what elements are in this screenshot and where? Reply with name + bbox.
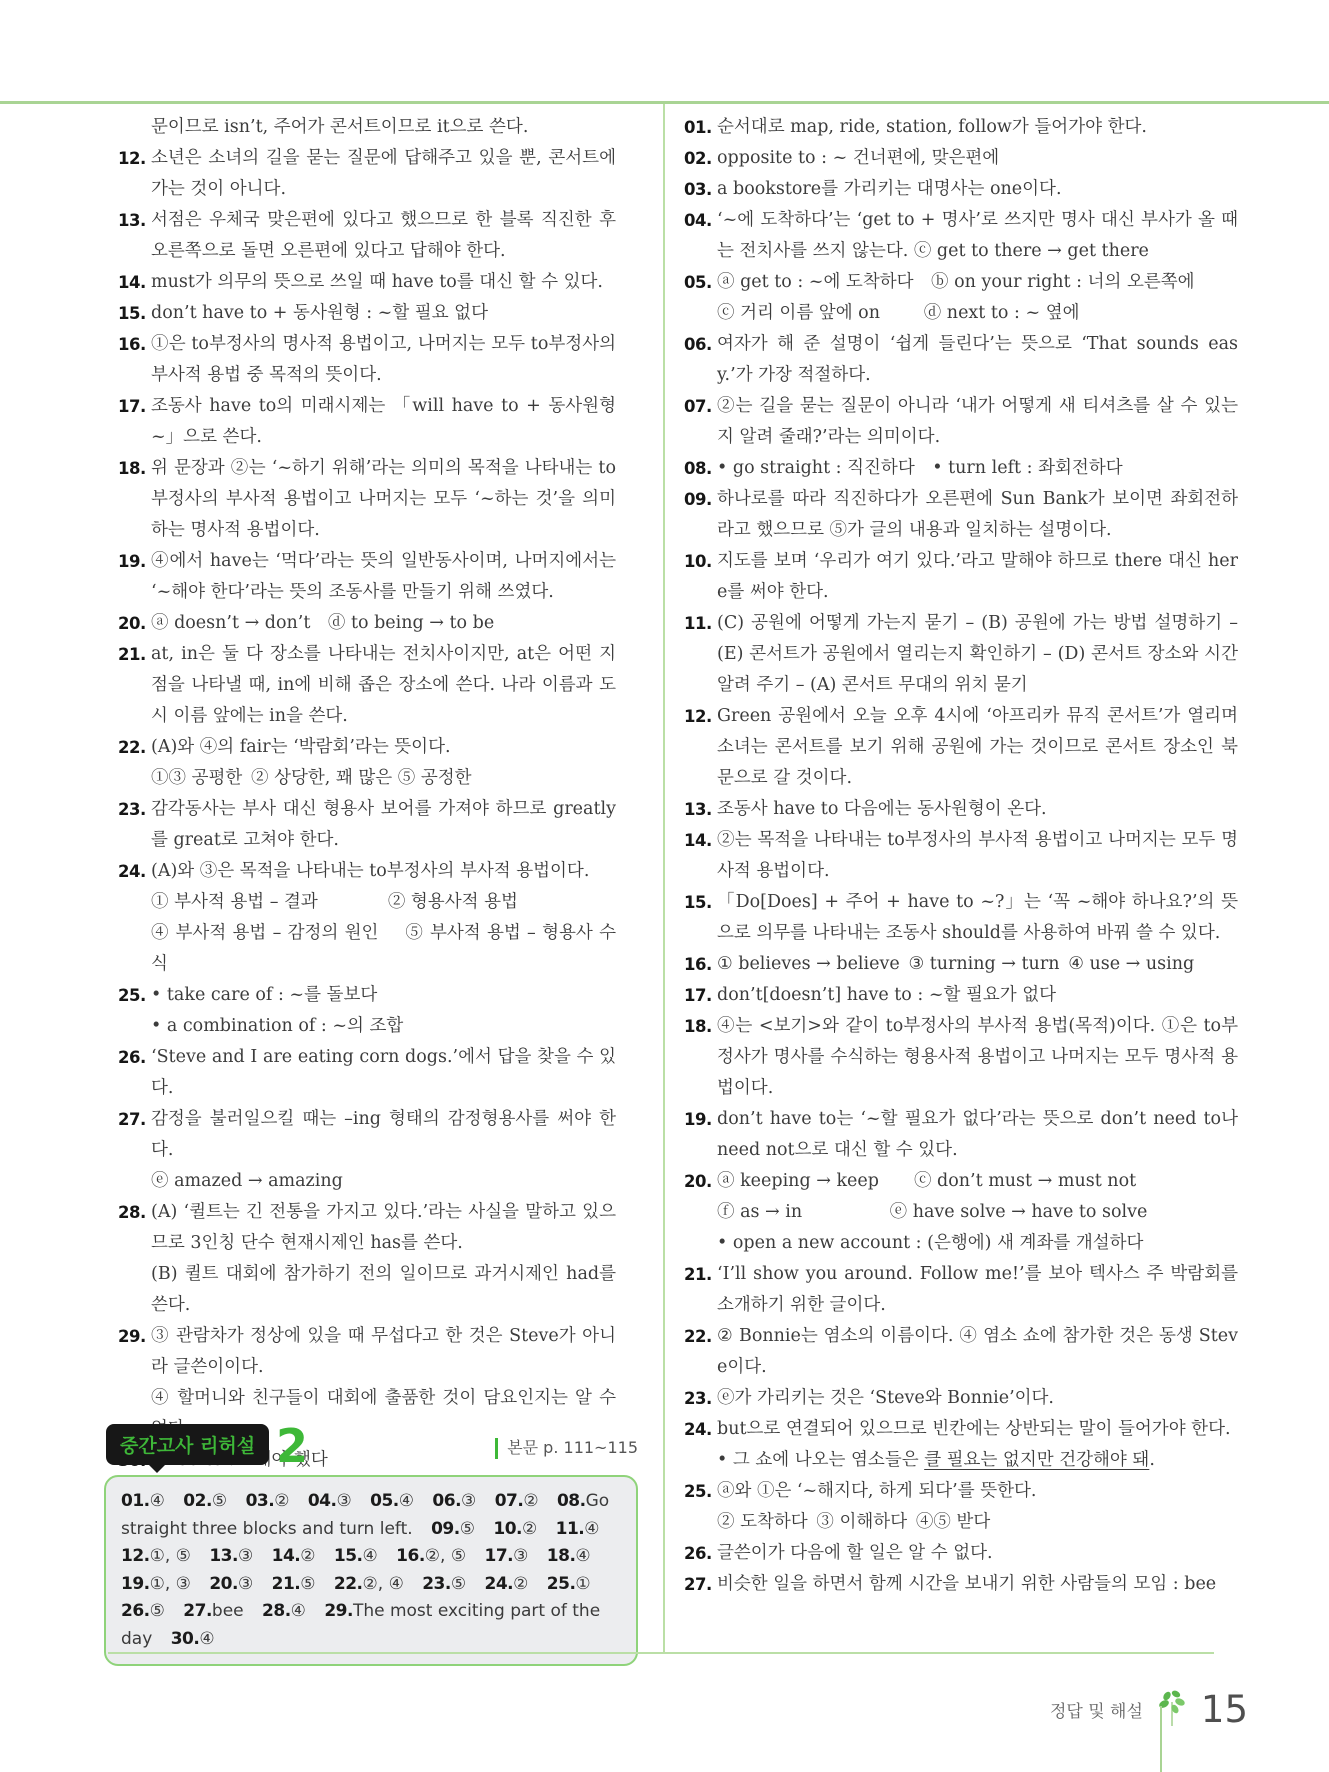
item-number: 18. [118, 453, 146, 484]
explanation-item: 24. (A)와 ③은 목적을 나타내는 to부정사의 부사적 용법이다.① 부… [118, 856, 616, 980]
item-number: 19. [684, 1104, 712, 1135]
item-text: ⓐ와 ①은 ‘~해지다, 하게 되다’를 뜻한다.② 도착하다 ③ 이해하다 ④… [717, 1476, 1238, 1538]
section-badge: 중간고사 리허설 [106, 1424, 269, 1465]
text-line: 하나로를 따라 직진하다가 오른편에 Sun Bank가 보이면 좌회전하라고 … [717, 484, 1238, 546]
section-number: 2 [276, 1423, 308, 1469]
item-number: 21. [118, 639, 146, 670]
explanation-item: 문이므로 isn’t, 주어가 콘서트이므로 it으로 쓴다. [118, 112, 616, 143]
item-number: 20. [684, 1166, 712, 1197]
item-number: 17. [118, 391, 146, 422]
text-line: ①은 to부정사의 명사적 용법이고, 나머지는 모두 to부정사의 부사적 용… [151, 329, 616, 391]
item-text: ② Bonnie는 염소의 이름이다. ④ 염소 쇼에 참가한 것은 동생 St… [717, 1321, 1238, 1383]
answer-number: 05. [370, 1491, 399, 1511]
item-number: 16. [118, 329, 146, 360]
item-number: 26. [118, 1042, 146, 1073]
answer-number: 07. [495, 1491, 524, 1511]
text-line: ④는 <보기>와 같이 to부정사의 부사적 용법(목적)이다. ①은 to부정… [717, 1011, 1238, 1104]
explanation-item: 16. ①은 to부정사의 명사적 용법이고, 나머지는 모두 to부정사의 부… [118, 329, 616, 391]
text-line: ①③ 공평한 ② 상당한, 꽤 많은 ⑤ 공정한 [151, 763, 616, 794]
item-number: 07. [684, 391, 712, 422]
explanation-item: 16. ① believes → believe ③ turning → tur… [684, 949, 1238, 980]
rehearsal-header: 중간고사 리허설 2 본문 p. 111~115 [104, 1413, 638, 1467]
item-text: (C) 공원에 어떻게 가는지 묻기 – (B) 공원에 가는 방법 설명하기 … [717, 608, 1238, 701]
explanation-item: 15. 「Do[Does] + 주어 + have to ~?」는 ‘꼭 ~해야… [684, 887, 1238, 949]
right-column: 01. 순서대로 map, ride, station, follow가 들어가… [684, 112, 1238, 1600]
text-line: • a combination of : ~의 조합 [151, 1011, 616, 1042]
answer-number: 13. [209, 1546, 238, 1566]
answer-item: 19.①, ③ [121, 1574, 191, 1594]
explanation-item: 11. (C) 공원에 어떻게 가는지 묻기 – (B) 공원에 가는 방법 설… [684, 608, 1238, 701]
page-footer: 정답 및 해설 15 [1050, 1688, 1248, 1731]
item-text: (A)와 ③은 목적을 나타내는 to부정사의 부사적 용법이다.① 부사적 용… [151, 856, 616, 980]
text-line: 문이므로 isn’t, 주어가 콘서트이므로 it으로 쓴다. [151, 112, 616, 143]
item-text: ②는 길을 묻는 질문이 아니라 ‘내가 어떻게 새 티셔츠를 살 수 있는지 … [717, 391, 1238, 453]
answer-value: ②, ④ [363, 1574, 404, 1594]
item-number: 14. [118, 267, 146, 298]
text-line: ‘I’ll show you around. Follow me!’를 보아 텍… [717, 1259, 1238, 1321]
explanation-item: 27. 감정을 불러일으킬 때는 –ing 형태의 감정형용사를 써야 한다.ⓔ… [118, 1104, 616, 1197]
item-number: 12. [684, 701, 712, 732]
answer-value: ② [522, 1519, 537, 1539]
item-number: 29. [118, 1321, 146, 1352]
item-number: 19. [118, 546, 146, 577]
explanation-item: 20. ⓐ keeping → keep ⓒ don’t must → must… [684, 1166, 1238, 1259]
answer-number: 06. [432, 1491, 461, 1511]
explanation-item: 18. ④는 <보기>와 같이 to부정사의 부사적 용법(목적)이다. ①은 … [684, 1011, 1238, 1104]
answer-number: 18. [547, 1546, 576, 1566]
item-text: ⓔ가 가리키는 것은 ‘Steve와 Bonnie’이다. [717, 1383, 1238, 1414]
answer-item: 30.④ [171, 1629, 215, 1649]
answer-item: 01.④ [121, 1491, 165, 1511]
item-text: ⓐ keeping → keep ⓒ don’t must → must not… [717, 1166, 1238, 1259]
text-line: don’t have to는 ‘~할 필요가 없다’라는 뜻으로 don’t n… [717, 1104, 1238, 1166]
answer-number: 17. [485, 1546, 514, 1566]
item-number: 15. [118, 298, 146, 329]
item-number: 18. [684, 1011, 712, 1042]
item-number: 26. [684, 1538, 712, 1569]
item-text: 서점은 우체국 맞은편에 있다고 했으므로 한 블록 직진한 후 오른쪽으로 돌… [151, 205, 616, 267]
item-number: 11. [684, 608, 712, 639]
answer-item: 23.⑤ [422, 1574, 466, 1594]
text-line: ⓐ get to : ~에 도착하다 ⓑ on your right : 너의 … [717, 267, 1238, 298]
text-line: 감정을 불러일으킬 때는 –ing 형태의 감정형용사를 써야 한다. [151, 1104, 616, 1166]
answer-number: 01. [121, 1491, 150, 1511]
item-number: 20. [118, 608, 146, 639]
answer-item: 14.② [272, 1546, 316, 1566]
item-text: don’t have to + 동사원형 : ~할 필요 없다 [151, 298, 616, 329]
item-number: 24. [118, 856, 146, 887]
text-line: at, in은 둘 다 장소를 나타내는 전치사이지만, at은 어떤 지점을 … [151, 639, 616, 732]
text-line: ④에서 have는 ‘먹다’라는 뜻의 일반동사이며, 나머지에서는 ‘~해야 … [151, 546, 616, 608]
explanation-item: 26. 글쓴이가 다음에 할 일은 알 수 없다. [684, 1538, 1238, 1569]
explanation-item: 27. 비슷한 일을 하면서 함께 시간을 보내기 위한 사람들의 모임 : b… [684, 1569, 1238, 1600]
explanation-item: 25. • take care of : ~를 돌보다• a combinati… [118, 980, 616, 1042]
answer-item: 17.③ [485, 1546, 529, 1566]
item-text: • take care of : ~를 돌보다• a combination o… [151, 980, 616, 1042]
explanation-item: 22. (A)와 ④의 fair는 ‘박람회’라는 뜻이다.①③ 공평한 ② 상… [118, 732, 616, 794]
explanation-item: 18. 위 문장과 ②는 ‘~하기 위해’라는 의미의 목적을 나타내는 to부… [118, 453, 616, 546]
explanation-item: 25. ⓐ와 ①은 ‘~해지다, 하게 되다’를 뜻한다.② 도착하다 ③ 이해… [684, 1476, 1238, 1538]
answer-value: ② [300, 1546, 315, 1566]
text-line: (A)와 ③은 목적을 나타내는 to부정사의 부사적 용법이다. [151, 856, 616, 887]
answer-number: 02. [183, 1491, 212, 1511]
item-text: 「Do[Does] + 주어 + have to ~?」는 ‘꼭 ~해야 하나요… [717, 887, 1238, 949]
item-number: 06. [684, 329, 712, 360]
text-line: (B) 퀼트 대회에 참가하기 전의 일이므로 과거시제인 had를 쓴다. [151, 1259, 616, 1321]
answer-item: 21.⑤ [272, 1574, 316, 1594]
answer-number: 21. [272, 1574, 301, 1594]
text-line: ⓒ 거리 이름 앞에 on ⓓ next to : ~ 옆에 [717, 298, 1238, 329]
answer-value: ① [575, 1574, 590, 1594]
text-line: (C) 공원에 어떻게 가는지 묻기 – (B) 공원에 가는 방법 설명하기 … [717, 608, 1238, 701]
item-text: ⓐ get to : ~에 도착하다 ⓑ on your right : 너의 … [717, 267, 1238, 329]
text-line: 조동사 have to 다음에는 동사원형이 온다. [717, 794, 1238, 825]
text-line: 순서대로 map, ride, station, follow가 들어가야 한다… [717, 112, 1238, 143]
item-number: 23. [684, 1383, 712, 1414]
item-text: 하나로를 따라 직진하다가 오른편에 Sun Bank가 보이면 좌회전하라고 … [717, 484, 1238, 546]
item-text: 글쓴이가 다음에 할 일은 알 수 없다. [717, 1538, 1238, 1569]
text-line: • 그 쇼에 나오는 염소들은 클 필요는 없지만 건강해야 돼. [717, 1445, 1238, 1476]
answer-item: 10.② [493, 1519, 537, 1539]
text-line: 소년은 소녀의 길을 묻는 질문에 답해주고 있을 뿐, 콘서트에 가는 것이 … [151, 143, 616, 205]
text-line: (A)와 ④의 fair는 ‘박람회’라는 뜻이다. [151, 732, 616, 763]
explanation-item: 21. at, in은 둘 다 장소를 나타내는 전치사이지만, at은 어떤 … [118, 639, 616, 732]
answer-item: 13.③ [209, 1546, 253, 1566]
answer-key-box: 01.④ 02.⑤ 03.② 04.③ 05.④ 06.③ 07.② 08.Go… [104, 1475, 638, 1666]
explanation-item: 24. but으로 연결되어 있으므로 빈칸에는 상반되는 말이 들어가야 한다… [684, 1414, 1238, 1476]
item-number: 16. [684, 949, 712, 980]
item-text: 위 문장과 ②는 ‘~하기 위해’라는 의미의 목적을 나타내는 to부정사의 … [151, 453, 616, 546]
answer-item: 26.⑤ [121, 1601, 165, 1621]
explanation-item: 06. 여자가 해 준 설명이 ‘쉽게 들린다’는 뜻으로 ‘That soun… [684, 329, 1238, 391]
answer-item: 18.④ [547, 1546, 591, 1566]
item-text: (A)와 ④의 fair는 ‘박람회’라는 뜻이다.①③ 공평한 ② 상당한, … [151, 732, 616, 794]
text-line: 비슷한 일을 하면서 함께 시간을 보내기 위한 사람들의 모임 : bee [717, 1569, 1238, 1600]
explanation-item: 10. 지도를 보며 ‘우리가 여기 있다.’라고 말해야 하므로 there … [684, 546, 1238, 608]
explanation-item: 14. ②는 목적을 나타내는 to부정사의 부사적 용법이고 나머지는 모두 … [684, 825, 1238, 887]
answer-number: 14. [272, 1546, 301, 1566]
answer-number: 09. [431, 1519, 460, 1539]
item-number: 17. [684, 980, 712, 1011]
answer-item: 09.⑤ [431, 1519, 475, 1539]
answer-value: ④ [291, 1601, 306, 1621]
item-text: Green 공원에서 오늘 오후 4시에 ‘아프리카 뮤직 콘서트’가 열리며 … [717, 701, 1238, 794]
item-number: 05. [684, 267, 712, 298]
text-line: but으로 연결되어 있으므로 빈칸에는 상반되는 말이 들어가야 한다. [717, 1414, 1238, 1445]
item-number: 27. [118, 1104, 146, 1135]
item-number: 15. [684, 887, 712, 918]
text-line: don’t have to + 동사원형 : ~할 필요 없다 [151, 298, 616, 329]
answer-item: 03.② [246, 1491, 290, 1511]
text-line: 지도를 보며 ‘우리가 여기 있다.’라고 말해야 하므로 there 대신 h… [717, 546, 1238, 608]
text-line: 서점은 우체국 맞은편에 있다고 했으므로 한 블록 직진한 후 오른쪽으로 돌… [151, 205, 616, 267]
answer-value: ③ [238, 1574, 253, 1594]
explanation-item: 04. ‘~에 도착하다’는 ‘get to + 명사’로 쓰지만 명사 대신 … [684, 205, 1238, 267]
item-text: ④에서 have는 ‘먹다’라는 뜻의 일반동사이며, 나머지에서는 ‘~해야 … [151, 546, 616, 608]
text-line: 위 문장과 ②는 ‘~하기 위해’라는 의미의 목적을 나타내는 to부정사의 … [151, 453, 616, 546]
text-line: • open a new account : (은행에) 새 계좌를 개설하다 [717, 1228, 1238, 1259]
footer-section-label: 정답 및 해설 [1050, 1697, 1143, 1722]
answer-item: 20.③ [209, 1574, 253, 1594]
item-number: 03. [684, 174, 712, 205]
answer-value: ①, ⑤ [150, 1546, 191, 1566]
answer-number: 03. [246, 1491, 275, 1511]
explanation-item: 03. a bookstore를 가리키는 대명사는 one이다. [684, 174, 1238, 205]
text-line: ② Bonnie는 염소의 이름이다. ④ 염소 쇼에 참가한 것은 동생 St… [717, 1321, 1238, 1383]
item-text: • go straight : 직진하다 • turn left : 좌회전하다 [717, 453, 1238, 484]
explanation-item: 19. ④에서 have는 ‘먹다’라는 뜻의 일반동사이며, 나머지에서는 ‘… [118, 546, 616, 608]
text-line: (A) ‘퀼트는 긴 전통을 가지고 있다.’라는 사실을 말하고 있으므로 3… [151, 1197, 616, 1259]
item-number: 04. [684, 205, 712, 236]
answer-value: ①, ③ [150, 1574, 191, 1594]
answer-value: ③ [238, 1546, 253, 1566]
explanation-item: 17. don’t[doesn’t] have to : ~할 필요가 없다 [684, 980, 1238, 1011]
answer-value: ④ [199, 1629, 214, 1649]
explanation-item: 17. 조동사 have to의 미래시제는 「will have to + 동… [118, 391, 616, 453]
answer-item: 15.④ [334, 1546, 378, 1566]
text-line: Green 공원에서 오늘 오후 4시에 ‘아프리카 뮤직 콘서트’가 열리며 … [717, 701, 1238, 794]
answer-number: 23. [422, 1574, 451, 1594]
text-line: must가 의무의 뜻으로 쓰일 때 have to를 대신 할 수 있다. [151, 267, 616, 298]
item-text: ① believes → believe ③ turning → turn ④ … [717, 949, 1238, 980]
item-text: a bookstore를 가리키는 대명사는 one이다. [717, 174, 1238, 205]
item-number: 13. [118, 205, 146, 236]
answer-value: ⑤ [300, 1574, 315, 1594]
answer-value: ② [513, 1574, 528, 1594]
item-text: 순서대로 map, ride, station, follow가 들어가야 한다… [717, 112, 1238, 143]
explanation-item: 12. Green 공원에서 오늘 오후 4시에 ‘아프리카 뮤직 콘서트’가 … [684, 701, 1238, 794]
answer-value: ⑤ [460, 1519, 475, 1539]
item-number: 09. [684, 484, 712, 515]
explanation-item: 21. ‘I’ll show you around. Follow me!’를 … [684, 1259, 1238, 1321]
item-number: 12. [118, 143, 146, 174]
item-text: ①은 to부정사의 명사적 용법이고, 나머지는 모두 to부정사의 부사적 용… [151, 329, 616, 391]
answer-number: 04. [308, 1491, 337, 1511]
left-column: 문이므로 isn’t, 주어가 콘서트이므로 it으로 쓴다. 12. 소년은 … [118, 112, 616, 1538]
item-text: at, in은 둘 다 장소를 나타내는 전치사이지만, at은 어떤 지점을 … [151, 639, 616, 732]
answer-value: ③ [461, 1491, 476, 1511]
answer-item: 07.② [495, 1491, 539, 1511]
item-text: 조동사 have to의 미래시제는 「will have to + 동사원형 … [151, 391, 616, 453]
item-number: 25. [684, 1476, 712, 1507]
answer-item: 24.② [485, 1574, 529, 1594]
text-line: 여자가 해 준 설명이 ‘쉽게 들린다’는 뜻으로 ‘That sounds e… [717, 329, 1238, 391]
explanation-item: 08. • go straight : 직진하다 • turn left : 좌… [684, 453, 1238, 484]
answer-item: 04.③ [308, 1491, 352, 1511]
text-line: ④ 부사적 용법 – 감정의 원인 ⑤ 부사적 용법 – 형용사 수식 [151, 918, 616, 980]
answer-item: 16.②, ⑤ [396, 1546, 466, 1566]
text-line: 조동사 have to의 미래시제는 「will have to + 동사원형 … [151, 391, 616, 453]
answer-value: ③ [336, 1491, 351, 1511]
item-text: ‘~에 도착하다’는 ‘get to + 명사’로 쓰지만 명사 대신 부사가 … [717, 205, 1238, 267]
item-number: 21. [684, 1259, 712, 1290]
answer-number: 12. [121, 1546, 150, 1566]
explanation-item: 09. 하나로를 따라 직진하다가 오른편에 Sun Bank가 보이면 좌회전… [684, 484, 1238, 546]
text-line: • take care of : ~를 돌보다 [151, 980, 616, 1011]
text-line: ⓔ amazed → amazing [151, 1166, 616, 1197]
leaf-stem-line [1160, 1706, 1162, 1772]
answer-value: ⑤ [150, 1601, 165, 1621]
item-text: but으로 연결되어 있으므로 빈칸에는 상반되는 말이 들어가야 한다.• 그… [717, 1414, 1238, 1476]
answer-number: 24. [485, 1574, 514, 1594]
answer-number: 25. [547, 1574, 576, 1594]
item-text: 지도를 보며 ‘우리가 여기 있다.’라고 말해야 하므로 there 대신 h… [717, 546, 1238, 608]
item-number: 27. [684, 1569, 712, 1600]
answer-number: 11. [556, 1519, 585, 1539]
item-text: 조동사 have to 다음에는 동사원형이 온다. [717, 794, 1238, 825]
text-line: don’t[doesn’t] have to : ~할 필요가 없다 [717, 980, 1238, 1011]
text-line: ⓐ keeping → keep ⓒ don’t must → must not [717, 1166, 1238, 1197]
text-line: 감각동사는 부사 대신 형용사 보어를 가져야 하므로 greatly를 gre… [151, 794, 616, 856]
page-number: 15 [1201, 1688, 1248, 1731]
explanation-item: 14. must가 의무의 뜻으로 쓰일 때 have to를 대신 할 수 있… [118, 267, 616, 298]
answer-number: 16. [396, 1546, 425, 1566]
answer-item: 06.③ [432, 1491, 476, 1511]
item-text: don’t[doesn’t] have to : ~할 필요가 없다 [717, 980, 1238, 1011]
answer-item: 12.①, ⑤ [121, 1546, 191, 1566]
text-line: a bookstore를 가리키는 대명사는 one이다. [717, 174, 1238, 205]
explanation-item: 02. opposite to : ~ 건너편에, 맞은편에 [684, 143, 1238, 174]
footer-rule-line [108, 1652, 1214, 1654]
explanation-item: 13. 서점은 우체국 맞은편에 있다고 했으므로 한 블록 직진한 후 오른쪽… [118, 205, 616, 267]
answer-number: 27. [183, 1601, 212, 1621]
explanation-item: 12. 소년은 소녀의 길을 묻는 질문에 답해주고 있을 뿐, 콘서트에 가는… [118, 143, 616, 205]
explanation-item: 05. ⓐ get to : ~에 도착하다 ⓑ on your right :… [684, 267, 1238, 329]
answer-number: 08. [557, 1491, 586, 1511]
explanation-item: 19. don’t have to는 ‘~할 필요가 없다’라는 뜻으로 don… [684, 1104, 1238, 1166]
answer-value: ⑤ [212, 1491, 227, 1511]
text-line: ⓕ as → in ⓔ have solve → have to solve [717, 1197, 1238, 1228]
item-text: must가 의무의 뜻으로 쓰일 때 have to를 대신 할 수 있다. [151, 267, 616, 298]
answer-number: 20. [209, 1574, 238, 1594]
item-number: 23. [118, 794, 146, 825]
text-line: ②는 목적을 나타내는 to부정사의 부사적 용법이고 나머지는 모두 명사적 … [717, 825, 1238, 887]
item-number: 22. [684, 1321, 712, 1352]
answer-number: 30. [171, 1629, 200, 1649]
answer-number: 22. [334, 1574, 363, 1594]
explanation-item: 26. ‘Steve and I are eating corn dogs.’에… [118, 1042, 616, 1104]
item-text: 소년은 소녀의 길을 묻는 질문에 답해주고 있을 뿐, 콘서트에 가는 것이 … [151, 143, 616, 205]
item-number: 25. [118, 980, 146, 1011]
item-number: 28. [118, 1197, 146, 1228]
answer-item: 05.④ [370, 1491, 414, 1511]
explanation-item: 22. ② Bonnie는 염소의 이름이다. ④ 염소 쇼에 참가한 것은 동… [684, 1321, 1238, 1383]
answer-value: ② [523, 1491, 538, 1511]
answer-item: 11.④ [556, 1519, 600, 1539]
item-text: (A) ‘퀼트는 긴 전통을 가지고 있다.’라는 사실을 말하고 있으므로 3… [151, 1197, 616, 1321]
item-text: ‘I’ll show you around. Follow me!’를 보아 텍… [717, 1259, 1238, 1321]
item-text: don’t have to는 ‘~할 필요가 없다’라는 뜻으로 don’t n… [717, 1104, 1238, 1166]
item-text: 문이므로 isn’t, 주어가 콘서트이므로 it으로 쓴다. [151, 112, 616, 143]
answer-value: ⑤ [451, 1574, 466, 1594]
answer-number: 26. [121, 1601, 150, 1621]
explanation-item: 20. ⓐ doesn’t → don’t ⓓ to being → to be [118, 608, 616, 639]
answer-number: 15. [334, 1546, 363, 1566]
explanation-item: 07. ②는 길을 묻는 질문이 아니라 ‘내가 어떻게 새 티셔츠를 살 수 … [684, 391, 1238, 453]
answer-value: ②, ⑤ [425, 1546, 466, 1566]
answer-value: ④ [399, 1491, 414, 1511]
text-line: ① 부사적 용법 – 결과 ② 형용사적 용법 [151, 887, 616, 918]
item-number: 14. [684, 825, 712, 856]
item-text: 감각동사는 부사 대신 형용사 보어를 가져야 하므로 greatly를 gre… [151, 794, 616, 856]
item-text: 감정을 불러일으킬 때는 –ing 형태의 감정형용사를 써야 한다.ⓔ ama… [151, 1104, 616, 1197]
answer-explanation-page: 문이므로 isn’t, 주어가 콘서트이므로 it으로 쓴다. 12. 소년은 … [0, 0, 1329, 1772]
text-line: • go straight : 직진하다 • turn left : 좌회전하다 [717, 453, 1238, 484]
item-number: 24. [684, 1414, 712, 1445]
item-text: opposite to : ~ 건너편에, 맞은편에 [717, 143, 1238, 174]
source-page-reference: 본문 p. 111~115 [495, 1438, 638, 1459]
item-text: 비슷한 일을 하면서 함께 시간을 보내기 위한 사람들의 모임 : bee [717, 1569, 1238, 1600]
text-line: 글쓴이가 다음에 할 일은 알 수 없다. [717, 1538, 1238, 1569]
answer-number: 29. [324, 1601, 353, 1621]
explanation-item: 01. 순서대로 map, ride, station, follow가 들어가… [684, 112, 1238, 143]
text-line: ‘~에 도착하다’는 ‘get to + 명사’로 쓰지만 명사 대신 부사가 … [717, 205, 1238, 267]
answer-item: 28.④ [262, 1601, 306, 1621]
item-number: 13. [684, 794, 712, 825]
answer-value: ④ [575, 1546, 590, 1566]
text-line: ② 도착하다 ③ 이해하다 ④⑤ 받다 [717, 1507, 1238, 1538]
text-line: ⓔ가 가리키는 것은 ‘Steve와 Bonnie’이다. [717, 1383, 1238, 1414]
explanation-item: 23. 감각동사는 부사 대신 형용사 보어를 가져야 하므로 greatly를… [118, 794, 616, 856]
item-text: ④는 <보기>와 같이 to부정사의 부사적 용법(목적)이다. ①은 to부정… [717, 1011, 1238, 1104]
text-line: ① believes → believe ③ turning → turn ④ … [717, 949, 1238, 980]
answer-value: ④ [363, 1546, 378, 1566]
explanation-item: 23. ⓔ가 가리키는 것은 ‘Steve와 Bonnie’이다. [684, 1383, 1238, 1414]
explanation-item: 13. 조동사 have to 다음에는 동사원형이 온다. [684, 794, 1238, 825]
item-text: ⓐ doesn’t → don’t ⓓ to being → to be [151, 608, 616, 639]
answer-value: ③ [513, 1546, 528, 1566]
item-text: ‘Steve and I are eating corn dogs.’에서 답을… [151, 1042, 616, 1104]
item-number: 01. [684, 112, 712, 143]
answer-number: 19. [121, 1574, 150, 1594]
item-number: 08. [684, 453, 712, 484]
answer-value: ④ [150, 1491, 165, 1511]
text-line: ⓐ와 ①은 ‘~해지다, 하게 되다’를 뜻한다. [717, 1476, 1238, 1507]
text-line: ⓐ doesn’t → don’t ⓓ to being → to be [151, 608, 616, 639]
explanation-item: 28. (A) ‘퀼트는 긴 전통을 가지고 있다.’라는 사실을 말하고 있으… [118, 1197, 616, 1321]
item-number: 10. [684, 546, 712, 577]
answer-number: 10. [493, 1519, 522, 1539]
answer-item: 22.②, ④ [334, 1574, 404, 1594]
answer-item: 25.① [547, 1574, 591, 1594]
explanation-item: 15. don’t have to + 동사원형 : ~할 필요 없다 [118, 298, 616, 329]
item-text: ②는 목적을 나타내는 to부정사의 부사적 용법이고 나머지는 모두 명사적 … [717, 825, 1238, 887]
answer-value: ④ [584, 1519, 599, 1539]
answer-number: 28. [262, 1601, 291, 1621]
midterm-rehearsal-section: 중간고사 리허설 2 본문 p. 111~115 01.④ 02.⑤ 03.② … [104, 1413, 638, 1666]
text-line: ③ 관람차가 정상에 있을 때 무섭다고 한 것은 Steve가 아니라 글쓴이… [151, 1321, 616, 1383]
item-number: 02. [684, 143, 712, 174]
answer-item: 27.bee [183, 1601, 243, 1621]
text-line: 「Do[Does] + 주어 + have to ~?」는 ‘꼭 ~해야 하나요… [717, 887, 1238, 949]
text-line: ②는 길을 묻는 질문이 아니라 ‘내가 어떻게 새 티셔츠를 살 수 있는지 … [717, 391, 1238, 453]
answer-value: ② [274, 1491, 289, 1511]
answer-value: bee [212, 1601, 244, 1621]
item-text: 여자가 해 준 설명이 ‘쉽게 들린다’는 뜻으로 ‘That sounds e… [717, 329, 1238, 391]
text-line: ‘Steve and I are eating corn dogs.’에서 답을… [151, 1042, 616, 1104]
column-divider-line [663, 104, 665, 1652]
text-line: opposite to : ~ 건너편에, 맞은편에 [717, 143, 1238, 174]
answer-item: 02.⑤ [183, 1491, 227, 1511]
item-number: 22. [118, 732, 146, 763]
